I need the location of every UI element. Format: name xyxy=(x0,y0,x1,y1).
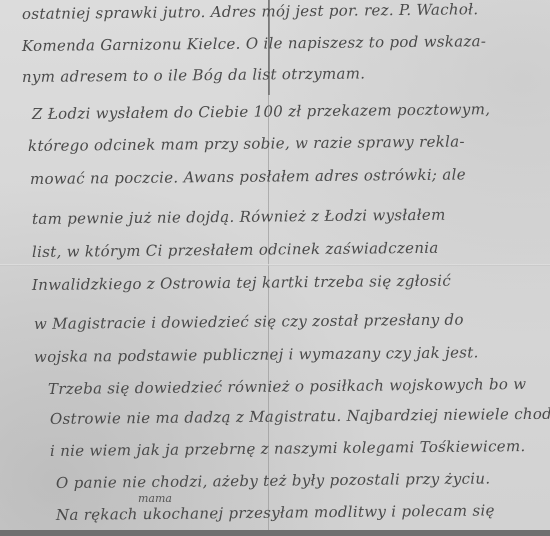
letter-line: Trzeba się dowiedzieć również o posiłkac… xyxy=(48,375,527,398)
letter-line: wojska na podstawie publicznej i wymazan… xyxy=(34,343,479,366)
letter-line: mować na poczcie. Awans posłałem adres o… xyxy=(30,165,466,188)
horizontal-fold-line xyxy=(0,264,550,266)
letter-line: w Magistracie i dowiedzieć się czy zosta… xyxy=(34,311,464,333)
letter-line: list, w którym Ci przesłałem odcinek zaś… xyxy=(32,239,439,261)
letter-line: Na rękach ukochanej przesyłam modlitwy i… xyxy=(56,501,495,524)
letter-line: Inwalidzkiego z Ostrowia tej kartki trze… xyxy=(32,272,451,294)
letter-line: nym adresem to o ile Bóg da list otrzyma… xyxy=(22,64,366,86)
letter-line: i nie wiem jak ja przebrnę z naszymi kol… xyxy=(50,437,526,460)
letter-line: O panie nie chodzi, ażeby też były pozos… xyxy=(56,469,491,492)
letter-line: ostatniej sprawki jutro. Adres mój jest … xyxy=(22,0,479,23)
letter-line: Ostrowie nie ma dadzą z Magistratu. Najb… xyxy=(50,405,550,428)
page-bottom-edge xyxy=(0,530,550,536)
interlinear-note: mama xyxy=(138,492,172,505)
letter-line: tam pewnie już nie dojdą. Również z Łodz… xyxy=(32,206,446,228)
letter-line: Komenda Garnizonu Kielce. O ile napiszes… xyxy=(22,32,486,55)
letter-line: Z Łodzi wysłałem do Ciebie 100 zł przeka… xyxy=(32,100,490,123)
letter-line: którego odcinek mam przy sobie, w razie … xyxy=(28,132,465,155)
letter-page: ostatniej sprawki jutro. Adres mój jest … xyxy=(0,0,550,536)
